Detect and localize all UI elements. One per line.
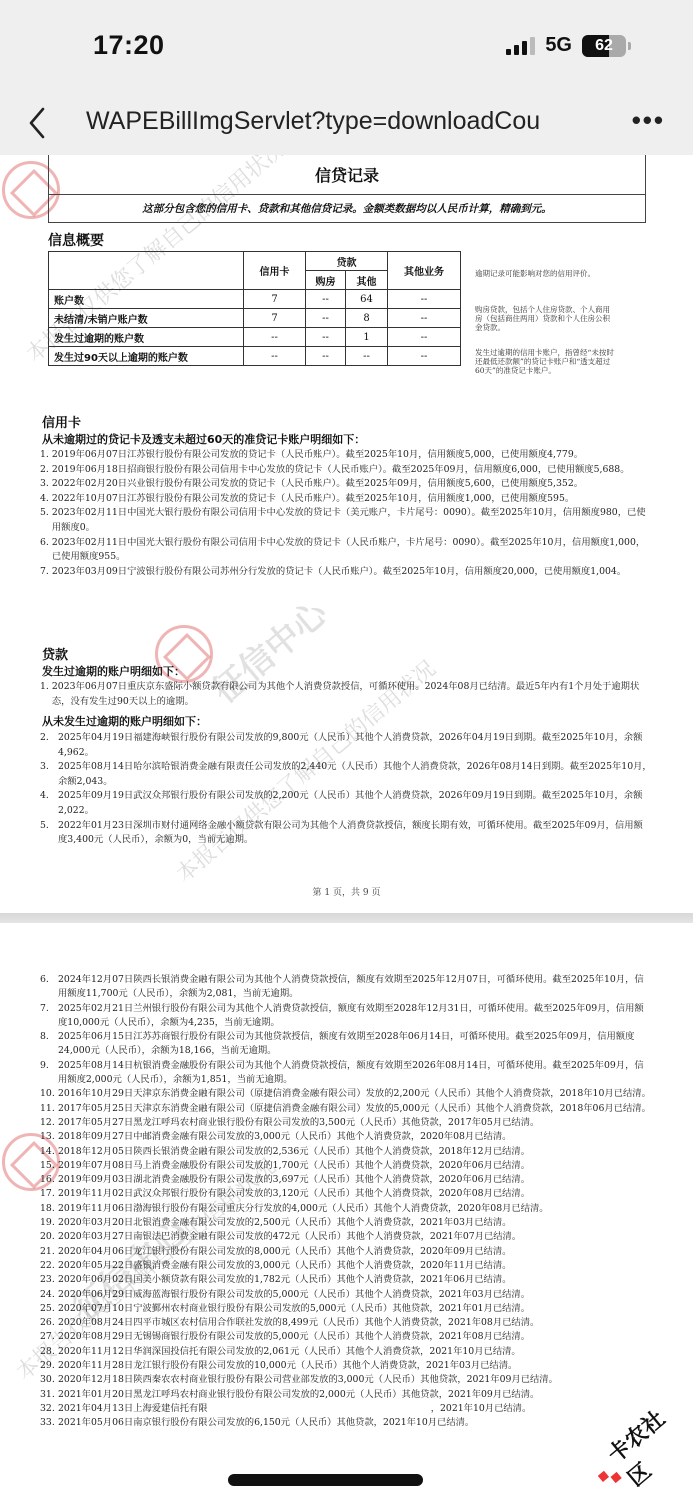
col-housing: 购房: [306, 271, 346, 290]
list-item: 4.2022年10月07日江苏银行股份有限公司发放的贷记卡（人民币账户）。截至2…: [40, 492, 652, 507]
list-item: 5.2022年01月23日深圳市财付通网络金融小额贷款有限公司为其他个人消费贷款…: [40, 819, 652, 848]
summary-heading: 信息概要: [48, 230, 104, 250]
browser-nav-bar: WAPEBillImgServlet?type=downloadCou •••: [0, 95, 693, 155]
col-other-business: 其他业务: [388, 252, 461, 290]
list-item: 33.2021年05月06日南京银行股份有限公司发放的6,150元（人民币）其他…: [40, 1416, 652, 1430]
loan-overdue-list: 1.2023年06月07日重庆京东盛际小额贷款有限公司为其他个人消费贷款授信，可…: [40, 680, 652, 709]
status-indicators: 5G 62: [506, 34, 631, 57]
loan-heading: 贷款: [42, 644, 68, 663]
list-item: 29.2020年11月28日龙江银行股份有限公司发放的10,000元（人民币）其…: [40, 1359, 652, 1373]
list-item: 22.2020年05月22日盛银消费金融有限公司发放的3,000元（人民币）其他…: [40, 1259, 652, 1273]
list-item: 9.2025年08月14日杭银消费金融股份有限公司为其他个人消费贷款授信，额度有…: [40, 1059, 652, 1088]
list-item: 1.2023年06月07日重庆京东盛际小额贷款有限公司为其他个人消费贷款授信，可…: [40, 680, 652, 709]
list-item: 24.2020年06月29日威海蓝海银行股份有限公司发放的5,000元（人民币）…: [40, 1288, 652, 1302]
network-type: 5G: [545, 34, 572, 57]
table-row: 发生过逾期的账户数 -- -- 1 --: [49, 328, 461, 347]
col-credit-card: 信用卡: [244, 252, 306, 290]
credit-card-heading: 信用卡: [42, 412, 81, 431]
list-item: 30.2020年12月18日陕西秦农农村商业银行股份有限公司营业部发放的3,00…: [40, 1373, 652, 1387]
list-item: 10.2016年10月29日天津京东消费金融有限公司（原捷信消费金融有限公司）发…: [40, 1087, 652, 1101]
list-item: 3.2025年08月14日哈尔滨哈银消费金融有限责任公司发放的2,440元（人民…: [40, 760, 652, 789]
table-row: 账户数 7 -- 64 --: [49, 290, 461, 309]
list-item: 20.2020年03月27日南银法巴消费金融有限公司发放的472元（人民币）其他…: [40, 1230, 652, 1244]
loan-clean-list: 2.2025年04月19日福建海峡银行股份有限公司发放的9,800元（人民币）其…: [40, 731, 652, 848]
loan-overdue-subheading: 发生过逾期的账户明细如下：: [42, 663, 185, 679]
section-title: 信贷记录: [49, 155, 645, 195]
list-item: 13.2018年09月27日中邮消费金融有限公司发放的3,000元（人民币）其他…: [40, 1130, 652, 1144]
list-item: 7.2025年02月21日兰州银行股份有限公司为其他个人消费贷款授信，额度有效期…: [40, 1002, 652, 1031]
list-item: 28.2020年11月12日华润深国投信托有限公司发放的2,061元（人民币）其…: [40, 1345, 652, 1359]
list-item: 19.2020年03月20日北银消费金融有限公司发放的2,500元（人民币）其他…: [40, 1216, 652, 1230]
list-item: 2.2025年04月19日福建海峡银行股份有限公司发放的9,800元（人民币）其…: [40, 731, 652, 760]
list-item: 11.2017年05月25日天津京东消费金融有限公司（原捷信消费金融有限公司）发…: [40, 1102, 652, 1116]
list-item: 15.2019年07月08日马上消费金融股份有限公司发放的1,700元（人民币）…: [40, 1159, 652, 1173]
page-title: WAPEBillImgServlet?type=downloadCou: [86, 107, 606, 136]
list-item: 5.2023年02月11日中国光大银行股份有限公司信用卡中心发放的贷记卡（美元账…: [40, 506, 652, 535]
side-note: 发生过逾期的信用卡账户，指曾经“未按时还最低还款额”的贷记卡账户和“透支超过60…: [475, 348, 615, 375]
section-description: 这部分包含您的信用卡、贷款和其他信贷记录。金额类数据均以人民币计算，精确到元。: [49, 195, 645, 222]
list-item: 16.2019年09月03日湖北消费金融股份有限公司发放的3,697元（人民币）…: [40, 1173, 652, 1187]
list-item: 3.2022年02月20日兴业银行股份有限公司发放的贷记卡（人民币账户）。截至2…: [40, 477, 652, 492]
status-time: 17:20: [93, 30, 165, 61]
list-item: 8.2025年06月15日江苏苏商银行股份有限公司为其他贷款授信，额度有效期至2…: [40, 1030, 652, 1059]
list-item: 31.2021年01月20日黑龙江呼玛农村商业银行股份有限公司发放的2,000元…: [40, 1388, 652, 1402]
list-item: 2.2019年06月18日招商银行股份有限公司信用卡中心发放的贷记卡（人民币账户…: [40, 463, 652, 478]
list-item: 17.2019年11月02日武汉众邦银行股份有限公司发放的3,120元（人民币）…: [40, 1187, 652, 1201]
list-item: 7.2023年03月09日宁波银行股份有限公司苏州分行发放的贷记卡（人民币账户）…: [40, 565, 652, 580]
list-item: 14.2018年12月05日陕西长银消费金融有限公司发放的2,536元（人民币）…: [40, 1145, 652, 1159]
list-item: 6.2023年02月11日中国光大银行股份有限公司信用卡中心发放的贷记卡（人民币…: [40, 536, 652, 565]
credit-card-list: 1.2019年06月07日江苏银行股份有限公司发放的贷记卡（人民币账户）。截至2…: [40, 448, 652, 579]
side-note: 购房贷款，包括个人住房贷款、个人商用房（包括商住两用）贷款和个人住房公积金贷款。: [475, 305, 615, 332]
list-item: 25.2020年07月10日宁波鄞州农村商业银行股份有限公司发放的5,000元（…: [40, 1302, 652, 1316]
side-note: 逾期记录可能影响对您的信用评价。: [475, 269, 615, 278]
credit-card-subheading: 从未逾期过的贷记卡及透支未超过60天的准贷记卡账户明细如下：: [42, 431, 365, 447]
report-page-1: 本报告仅供您了解自己的信用状况 征信中心 本报告仅供您了解自己的信用状况 信贷记…: [0, 155, 693, 913]
list-item: 6.2024年12月07日陕西长银消费金融有限公司为其他个人消费贷款授信，额度有…: [40, 973, 652, 1002]
status-bar: 17:20 5G 62: [0, 0, 693, 95]
list-item: 4.2025年09月19日武汉众邦银行股份有限公司发放的2,200元（人民币）其…: [40, 789, 652, 818]
redaction-mark: [228, 1474, 423, 1486]
list-item: 26.2020年08月24日四平市城区农村信用合作联社发放的8,499元（人民币…: [40, 1316, 652, 1330]
battery-level: 62: [595, 37, 613, 55]
more-button[interactable]: •••: [632, 105, 665, 136]
col-other: 其他: [346, 271, 388, 290]
more-icon: •••: [632, 105, 665, 135]
list-item: 18.2019年11月06日渤海银行股份有限公司重庆分行发放的4,000元（人民…: [40, 1202, 652, 1216]
page-number: 第 1 页，共 9 页: [0, 885, 693, 898]
list-item: 21.2020年04月06日龙江银行股份有限公司发放的8,000元（人民币）其他…: [40, 1245, 652, 1259]
back-button[interactable]: [22, 105, 52, 141]
list-item: 23.2020年06月02日国美小额贷款有限公司发放的1,782元（人民币）其他…: [40, 1273, 652, 1287]
page-separator: [0, 913, 693, 923]
report-page-2: 征信中心 本报告仅供您了解自己的信用状况 6.2024年12月07日陕西长银消费…: [0, 923, 693, 1500]
loan-list-continued: 6.2024年12月07日陕西长银消费金融有限公司为其他个人消费贷款授信，额度有…: [40, 973, 652, 1431]
loan-clean-subheading: 从未发生过逾期的账户明细如下：: [42, 713, 207, 729]
list-item: 12.2017年05月27日黑龙江呼玛农村商业银行股份有限公司发放的3,500元…: [40, 1116, 652, 1130]
col-loan: 贷款: [306, 252, 388, 271]
summary-table: 信用卡 贷款 其他业务 购房 其他 账户数 7 -- 64 -- 未结清/未销户…: [48, 251, 461, 366]
signal-icon: [506, 37, 535, 55]
battery-icon: 62: [582, 35, 626, 57]
chevron-left-icon: [28, 107, 46, 139]
table-row: 发生过90天以上逾期的账户数 -- -- -- --: [49, 347, 461, 366]
list-item: 27.2020年08月29日无锡锡商银行股份有限公司发放的5,000元（人民币）…: [40, 1330, 652, 1344]
table-row: 未结清/未销户账户数 7 -- 8 --: [49, 309, 461, 328]
list-item: 1.2019年06月07日江苏银行股份有限公司发放的贷记卡（人民币账户）。截至2…: [40, 448, 652, 463]
list-item: 32.2021年04月13日上海爱建信托有限 ，2021年10月已结清。: [40, 1402, 652, 1416]
credit-record-section-header: 信贷记录 这部分包含您的信用卡、贷款和其他信贷记录。金额类数据均以人民币计算，精…: [48, 155, 646, 223]
